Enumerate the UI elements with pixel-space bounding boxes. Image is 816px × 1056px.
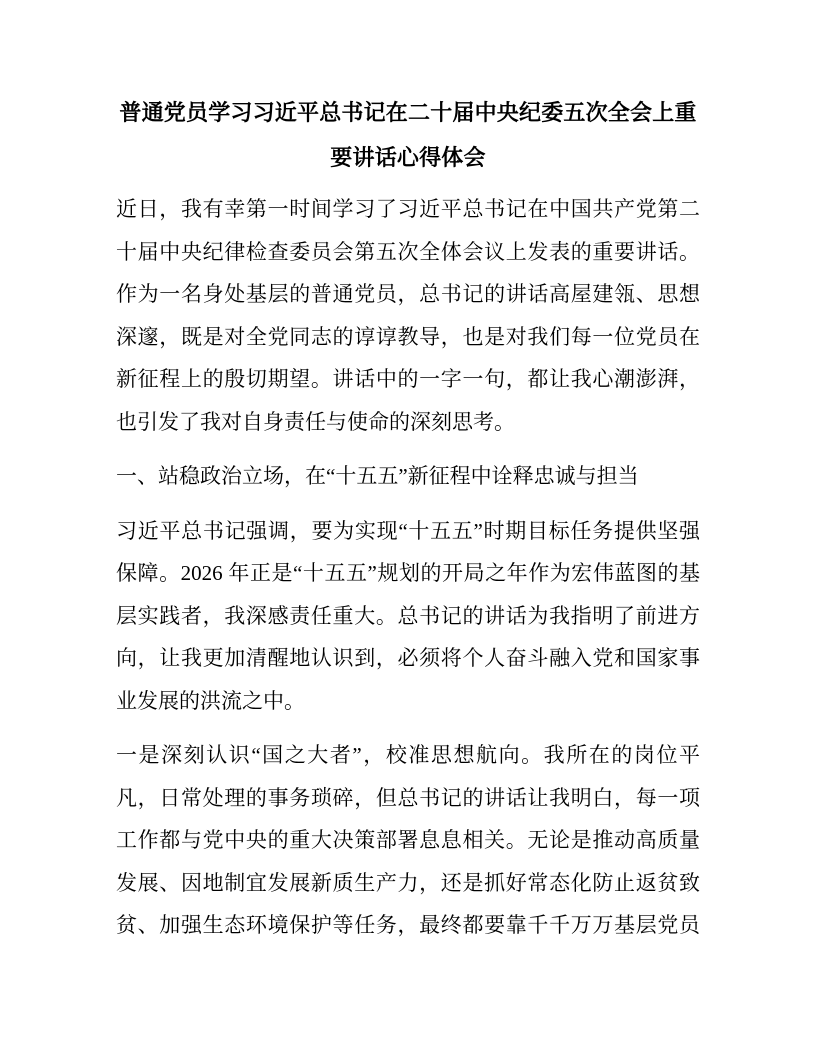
paragraph-political-stance: 习近平总书记强调，要为实现“十五五”时期目标任务提供坚强保障。2026 年正是“… — [116, 510, 700, 723]
document-page: 普通党员学习习近平总书记在二十届中央纪委五次全会上重要讲话心得体会 近日，我有幸… — [0, 0, 816, 1056]
paragraph-guozhidazhe: 一是深刻认识“国之大者”，校准思想航向。我所在的岗位平凡，日常处理的事务琐碎，但… — [116, 734, 700, 947]
paragraph-intro: 近日，我有幸第一时间学习了习近平总书记在中国共产党第二十届中央纪律检查委员会第五… — [116, 188, 700, 443]
document-title: 普通党员学习习近平总书记在二十届中央纪委五次全会上重要讲话心得体会 — [116, 90, 700, 180]
section-heading-1: 一、站稳政治立场，在“十五五”新征程中诠释忠诚与担当 — [116, 455, 700, 498]
